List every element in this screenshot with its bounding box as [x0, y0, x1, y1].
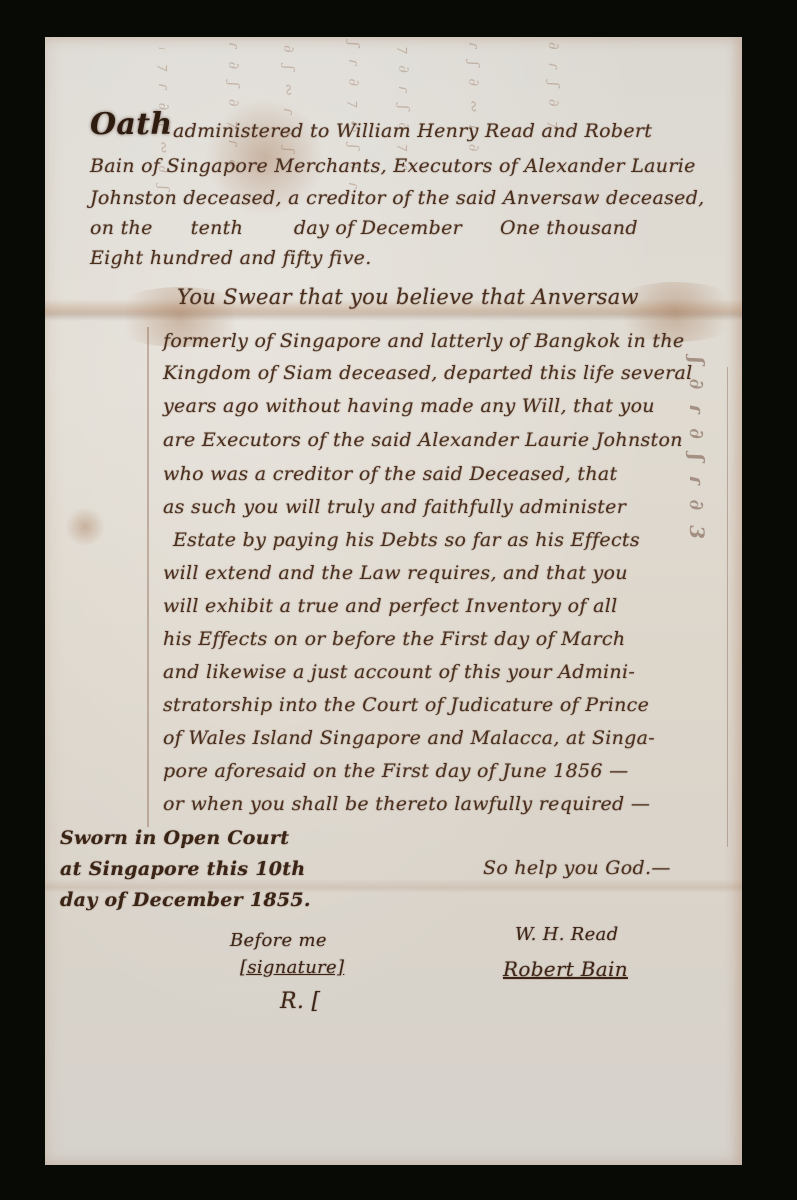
- officer-signature: [signature]: [240, 957, 344, 978]
- preamble-line: Bain of Singapore Merchants, Executors o…: [90, 155, 696, 177]
- preamble-line: Eight hundred and fifty five.: [90, 247, 372, 269]
- oath-line: who was a creditor of the said Deceased,…: [163, 463, 617, 485]
- oath-line: pore aforesaid on the First day of June …: [163, 760, 628, 782]
- oath-line: as such you will truly and faithfully ad…: [163, 496, 626, 518]
- signature-read: W. H. Read: [515, 924, 618, 945]
- margin-rule-line: [147, 327, 149, 827]
- manuscript-page: ᵢ ⁊ ɾ ∂ ʃ ∾ ∂ ʃ ɾ ∂ ʃ ∂ ⁊ ɾ ∂ ∂ ʃ ∾ ɾ ∂ …: [45, 37, 742, 1165]
- jurat-line: Sworn in Open Court: [60, 827, 289, 849]
- margin-note: ʃ ∂ ɾ ∂ ʃ ɾ ∂ 3: [685, 357, 709, 607]
- closing-formula: So help you God.—: [483, 857, 671, 879]
- oath-line: or when you shall be thereto lawfully re…: [163, 793, 650, 815]
- preamble-line: administered to William Henry Read and R…: [173, 120, 652, 142]
- preamble-line: on the tenth day of December One thousan…: [90, 217, 638, 239]
- foxing-stain: [65, 507, 105, 547]
- officer-signature: R. [: [280, 989, 320, 1014]
- oath-line: will exhibit a true and perfect Inventor…: [163, 595, 617, 617]
- oath-line: formerly of Singapore and latterly of Ba…: [163, 330, 684, 352]
- document-heading: Oath: [90, 107, 172, 142]
- before-me-label: Before me: [230, 930, 327, 951]
- oath-line: of Wales Island Singapore and Malacca, a…: [163, 727, 655, 749]
- oath-line: years ago without having made any Will, …: [163, 395, 655, 417]
- oath-line: Kingdom of Siam deceased, departed this …: [163, 362, 693, 384]
- oath-line: his Effects on or before the First day o…: [163, 628, 625, 650]
- oath-line: You Swear that you believe that Anversaw: [177, 285, 639, 309]
- oath-line: Estate by paying his Debts so far as his…: [173, 529, 640, 551]
- oath-line: will extend and the Law requires, and th…: [163, 562, 628, 584]
- margin-rule-line: [727, 367, 728, 847]
- oath-line: are Executors of the said Alexander Laur…: [163, 429, 683, 451]
- signature-bain: Robert Bain: [503, 957, 628, 981]
- preamble-line: Johnston deceased, a creditor of the sai…: [90, 187, 705, 209]
- oath-line: and likewise a just account of this your…: [163, 661, 635, 683]
- jurat-line: at Singapore this 10th: [60, 858, 305, 880]
- oath-line: stratorship into the Court of Judicature…: [163, 694, 649, 716]
- jurat-line: day of December 1855.: [60, 889, 311, 911]
